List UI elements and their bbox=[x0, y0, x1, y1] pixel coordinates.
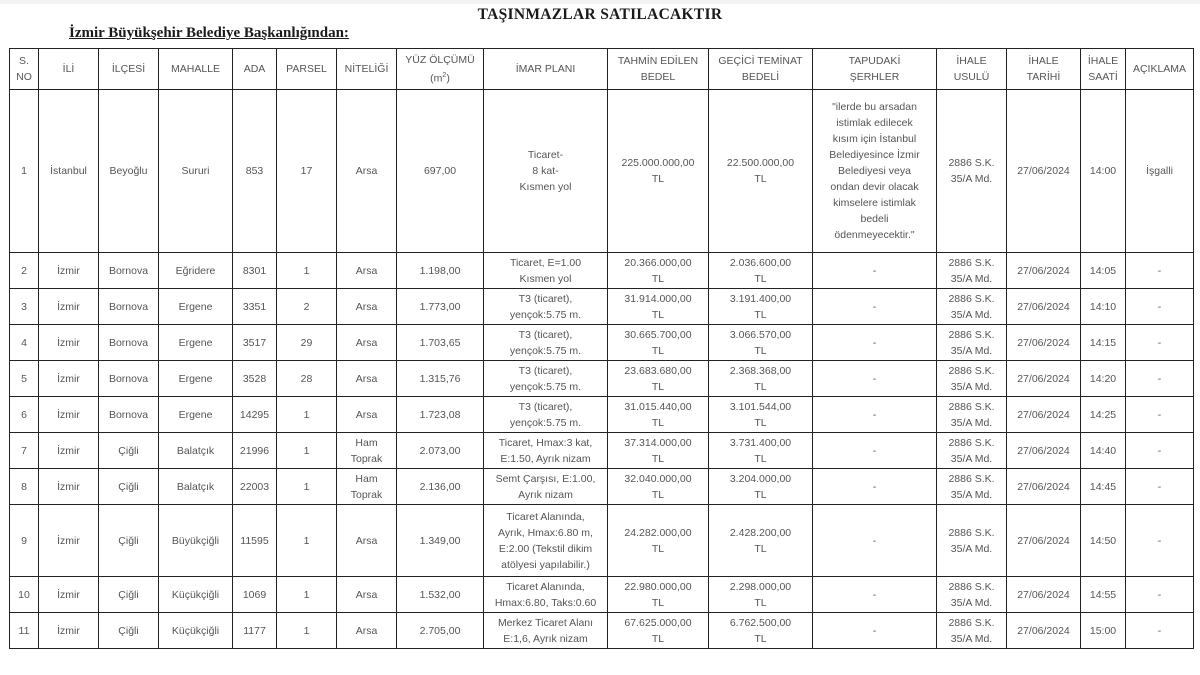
cell-s-no: 1 bbox=[10, 90, 39, 253]
cell-tapu-serhler: - bbox=[813, 289, 937, 325]
cell-tapu-serhler: - bbox=[813, 577, 937, 613]
cell-ilce: Bornova bbox=[99, 397, 159, 433]
cell-parsel: 1 bbox=[277, 397, 337, 433]
header-col-ihale-usulu: İHALE USULÜ bbox=[937, 49, 1007, 90]
cell-yuzolcum: 1.349,00 bbox=[397, 505, 484, 577]
header-col-nitelik: NİTELİĞİ bbox=[337, 49, 397, 90]
cell-tahmin-bedel: 20.366.000,00 TL bbox=[608, 253, 709, 289]
cell-yuzolcum: 1.532,00 bbox=[397, 577, 484, 613]
header-col-il: İLİ bbox=[39, 49, 99, 90]
cell-tapu-serhler: - bbox=[813, 253, 937, 289]
cell-teminat-bedeli: 3.101.544,00 TL bbox=[709, 397, 813, 433]
cell-ada: 8301 bbox=[233, 253, 277, 289]
cell-nitelik: Arsa bbox=[337, 90, 397, 253]
cell-aciklama: - bbox=[1126, 469, 1194, 505]
cell-nitelik: Arsa bbox=[337, 325, 397, 361]
document-title: TAŞINMAZLAR SATILACAKTIR bbox=[0, 6, 1200, 24]
cell-ihale-tarihi: 27/06/2024 bbox=[1007, 433, 1081, 469]
cell-yuzolcum: 2.073,00 bbox=[397, 433, 484, 469]
table-row: 9İzmirÇiğliBüyükçiğli115951Arsa1.349,00T… bbox=[10, 505, 1194, 577]
cell-ilce: Bornova bbox=[99, 253, 159, 289]
cell-ilce: Bornova bbox=[99, 289, 159, 325]
cell-teminat-bedeli: 3.204.000,00 TL bbox=[709, 469, 813, 505]
cell-yuzolcum: 2.705,00 bbox=[397, 613, 484, 649]
cell-tahmin-bedel: 23.683.680,00 TL bbox=[608, 361, 709, 397]
cell-tahmin-bedel: 24.282.000,00 TL bbox=[608, 505, 709, 577]
cell-teminat-bedeli: 3.731.400,00 TL bbox=[709, 433, 813, 469]
header-col-aciklama: AÇIKLAMA bbox=[1126, 49, 1194, 90]
cell-ihale-saati: 14:45 bbox=[1081, 469, 1126, 505]
table-row: 4İzmirBornovaErgene351729Arsa1.703,65T3 … bbox=[10, 325, 1194, 361]
cell-tahmin-bedel: 225.000.000,00 TL bbox=[608, 90, 709, 253]
table-body: 1İstanbulBeyoğluSururi85317Arsa697,00Tic… bbox=[10, 90, 1194, 649]
header-col-ilce: İLÇESİ bbox=[99, 49, 159, 90]
cell-tapu-serhler: - bbox=[813, 361, 937, 397]
cell-mahalle: Balatçık bbox=[159, 469, 233, 505]
cell-yuzolcum: 1.198,00 bbox=[397, 253, 484, 289]
table-row: 2İzmirBornovaEğridere83011Arsa1.198,00Ti… bbox=[10, 253, 1194, 289]
cell-aciklama: - bbox=[1126, 505, 1194, 577]
cell-il: İzmir bbox=[39, 253, 99, 289]
cell-s-no: 6 bbox=[10, 397, 39, 433]
cell-ada: 22003 bbox=[233, 469, 277, 505]
cell-ihale-usulu: 2886 S.K. 35/A Md. bbox=[937, 90, 1007, 253]
cell-imar-plani: T3 (ticaret), yençok:5.75 m. bbox=[484, 361, 608, 397]
cell-aciklama: - bbox=[1126, 397, 1194, 433]
cell-ada: 1177 bbox=[233, 613, 277, 649]
cell-ihale-usulu: 2886 S.K. 35/A Md. bbox=[937, 289, 1007, 325]
cell-imar-plani: Semt Çarşısı, E:1.00, Ayrık nizam bbox=[484, 469, 608, 505]
cell-ihale-tarihi: 27/06/2024 bbox=[1007, 505, 1081, 577]
cell-teminat-bedeli: 3.066.570,00 TL bbox=[709, 325, 813, 361]
cell-yuzolcum: 1.723,08 bbox=[397, 397, 484, 433]
cell-ilce: Çiğli bbox=[99, 577, 159, 613]
cell-ihale-saati: 14:10 bbox=[1081, 289, 1126, 325]
table-row: 8İzmirÇiğliBalatçık220031Ham Toprak2.136… bbox=[10, 469, 1194, 505]
cell-mahalle: Ergene bbox=[159, 325, 233, 361]
cell-ada: 3517 bbox=[233, 325, 277, 361]
cell-ilce: Beyoğlu bbox=[99, 90, 159, 253]
cell-ihale-saati: 14:15 bbox=[1081, 325, 1126, 361]
table-row: 1İstanbulBeyoğluSururi85317Arsa697,00Tic… bbox=[10, 90, 1194, 253]
cell-nitelik: Ham Toprak bbox=[337, 469, 397, 505]
cell-il: İzmir bbox=[39, 325, 99, 361]
cell-ihale-saati: 14:25 bbox=[1081, 397, 1126, 433]
cell-ihale-tarihi: 27/06/2024 bbox=[1007, 361, 1081, 397]
cell-mahalle: Büyükçiğli bbox=[159, 505, 233, 577]
cell-aciklama: - bbox=[1126, 613, 1194, 649]
cell-s-no: 7 bbox=[10, 433, 39, 469]
cell-ilce: Çiğli bbox=[99, 613, 159, 649]
cell-nitelik: Arsa bbox=[337, 577, 397, 613]
header-col-ihale-saati: İHALE SAATİ bbox=[1081, 49, 1126, 90]
cell-il: İzmir bbox=[39, 397, 99, 433]
header-col-ihale-tarihi: İHALE TARİHİ bbox=[1007, 49, 1081, 90]
cell-ada: 3528 bbox=[233, 361, 277, 397]
cell-imar-plani: Ticaret, E=1.00 Kısmen yol bbox=[484, 253, 608, 289]
cell-yuzolcum: 1.315,76 bbox=[397, 361, 484, 397]
cell-ihale-tarihi: 27/06/2024 bbox=[1007, 90, 1081, 253]
cell-parsel: 1 bbox=[277, 613, 337, 649]
cell-ihale-saati: 14:50 bbox=[1081, 505, 1126, 577]
cell-ihale-usulu: 2886 S.K. 35/A Md. bbox=[937, 397, 1007, 433]
cell-nitelik: Arsa bbox=[337, 361, 397, 397]
cell-teminat-bedeli: 2.298.000,00 TL bbox=[709, 577, 813, 613]
cell-s-no: 2 bbox=[10, 253, 39, 289]
cell-mahalle: Ergene bbox=[159, 397, 233, 433]
cell-tapu-serhler: - bbox=[813, 505, 937, 577]
cell-mahalle: Eğridere bbox=[159, 253, 233, 289]
cell-parsel: 1 bbox=[277, 505, 337, 577]
cell-aciklama: - bbox=[1126, 433, 1194, 469]
cell-nitelik: Ham Toprak bbox=[337, 433, 397, 469]
table-row: 3İzmirBornovaErgene33512Arsa1.773,00T3 (… bbox=[10, 289, 1194, 325]
cell-ihale-saati: 14:20 bbox=[1081, 361, 1126, 397]
cell-ilce: Çiğli bbox=[99, 505, 159, 577]
header-col-s-no: S. NO bbox=[10, 49, 39, 90]
cell-teminat-bedeli: 2.036.600,00 TL bbox=[709, 253, 813, 289]
cell-ilce: Çiğli bbox=[99, 469, 159, 505]
table-header-row: S. NOİLİİLÇESİMAHALLEADAPARSELNİTELİĞİYÜ… bbox=[10, 49, 1194, 90]
cell-ada: 11595 bbox=[233, 505, 277, 577]
cell-yuzolcum: 2.136,00 bbox=[397, 469, 484, 505]
cell-teminat-bedeli: 2.428.200,00 TL bbox=[709, 505, 813, 577]
cell-il: İstanbul bbox=[39, 90, 99, 253]
cell-ihale-usulu: 2886 S.K. 35/A Md. bbox=[937, 325, 1007, 361]
cell-ihale-saati: 14:55 bbox=[1081, 577, 1126, 613]
cell-imar-plani: Ticaret, Hmax:3 kat, E:1.50, Ayrık nizam bbox=[484, 433, 608, 469]
cell-aciklama: İşgalli bbox=[1126, 90, 1194, 253]
header-col-tapu-serhler: TAPUDAKİ ŞERHLER bbox=[813, 49, 937, 90]
cell-tapu-serhler: - bbox=[813, 397, 937, 433]
cell-tapu-serhler: - bbox=[813, 613, 937, 649]
cell-s-no: 3 bbox=[10, 289, 39, 325]
cell-yuzolcum: 697,00 bbox=[397, 90, 484, 253]
cell-mahalle: Küçükçiğli bbox=[159, 577, 233, 613]
cell-nitelik: Arsa bbox=[337, 505, 397, 577]
cell-aciklama: - bbox=[1126, 325, 1194, 361]
header-col-yuzolcum: YÜZ ÖLÇÜMÜ (m2) bbox=[397, 49, 484, 90]
cell-teminat-bedeli: 2.368.368,00 TL bbox=[709, 361, 813, 397]
cell-il: İzmir bbox=[39, 289, 99, 325]
cell-ilce: Bornova bbox=[99, 361, 159, 397]
cell-ihale-usulu: 2886 S.K. 35/A Md. bbox=[937, 505, 1007, 577]
cell-aciklama: - bbox=[1126, 361, 1194, 397]
cell-tahmin-bedel: 22.980.000,00 TL bbox=[608, 577, 709, 613]
cell-tapu-serhler: - bbox=[813, 325, 937, 361]
cell-tahmin-bedel: 30.665.700,00 TL bbox=[608, 325, 709, 361]
cell-imar-plani: Ticaret Alanında, Ayrık, Hmax:6.80 m, E:… bbox=[484, 505, 608, 577]
issuer-heading: İzmir Büyükşehir Belediye Başkanlığından… bbox=[69, 25, 349, 42]
cell-tahmin-bedel: 32.040.000,00 TL bbox=[608, 469, 709, 505]
cell-parsel: 29 bbox=[277, 325, 337, 361]
top-strip bbox=[0, 0, 1200, 4]
cell-imar-plani: T3 (ticaret), yençok:5.75 m. bbox=[484, 397, 608, 433]
cell-imar-plani: Ticaret Alanında, Hmax:6.80, Taks:0.60 bbox=[484, 577, 608, 613]
cell-ihale-tarihi: 27/06/2024 bbox=[1007, 577, 1081, 613]
cell-teminat-bedeli: 22.500.000,00 TL bbox=[709, 90, 813, 253]
cell-mahalle: Sururi bbox=[159, 90, 233, 253]
cell-il: İzmir bbox=[39, 505, 99, 577]
cell-nitelik: Arsa bbox=[337, 613, 397, 649]
cell-ada: 14295 bbox=[233, 397, 277, 433]
cell-parsel: 28 bbox=[277, 361, 337, 397]
cell-parsel: 17 bbox=[277, 90, 337, 253]
cell-parsel: 1 bbox=[277, 253, 337, 289]
cell-parsel: 2 bbox=[277, 289, 337, 325]
cell-nitelik: Arsa bbox=[337, 253, 397, 289]
cell-il: İzmir bbox=[39, 433, 99, 469]
cell-tahmin-bedel: 31.914.000,00 TL bbox=[608, 289, 709, 325]
property-sale-table: S. NOİLİİLÇESİMAHALLEADAPARSELNİTELİĞİYÜ… bbox=[9, 48, 1194, 649]
cell-s-no: 9 bbox=[10, 505, 39, 577]
cell-parsel: 1 bbox=[277, 433, 337, 469]
cell-imar-plani: Merkez Ticaret Alanı E:1,6, Ayrık nizam bbox=[484, 613, 608, 649]
cell-ihale-saati: 14:00 bbox=[1081, 90, 1126, 253]
cell-ihale-saati: 14:40 bbox=[1081, 433, 1126, 469]
header-col-tahmin-bedel: TAHMİN EDİLEN BEDEL bbox=[608, 49, 709, 90]
cell-imar-plani: Ticaret- 8 kat- Kısmen yol bbox=[484, 90, 608, 253]
cell-ihale-saati: 14:05 bbox=[1081, 253, 1126, 289]
cell-s-no: 11 bbox=[10, 613, 39, 649]
cell-aciklama: - bbox=[1126, 577, 1194, 613]
header-col-parsel: PARSEL bbox=[277, 49, 337, 90]
cell-s-no: 4 bbox=[10, 325, 39, 361]
cell-ihale-tarihi: 27/06/2024 bbox=[1007, 253, 1081, 289]
cell-ihale-usulu: 2886 S.K. 35/A Md. bbox=[937, 361, 1007, 397]
table-row: 6İzmirBornovaErgene142951Arsa1.723,08T3 … bbox=[10, 397, 1194, 433]
cell-yuzolcum: 1.773,00 bbox=[397, 289, 484, 325]
cell-ihale-usulu: 2886 S.K. 35/A Md. bbox=[937, 469, 1007, 505]
cell-il: İzmir bbox=[39, 613, 99, 649]
cell-tahmin-bedel: 67.625.000,00 TL bbox=[608, 613, 709, 649]
cell-parsel: 1 bbox=[277, 577, 337, 613]
cell-ihale-tarihi: 27/06/2024 bbox=[1007, 613, 1081, 649]
cell-ihale-tarihi: 27/06/2024 bbox=[1007, 325, 1081, 361]
table-row: 11İzmirÇiğliKüçükçiğli11771Arsa2.705,00M… bbox=[10, 613, 1194, 649]
cell-il: İzmir bbox=[39, 361, 99, 397]
table-row: 10İzmirÇiğliKüçükçiğli10691Arsa1.532,00T… bbox=[10, 577, 1194, 613]
cell-ilce: Çiğli bbox=[99, 433, 159, 469]
cell-ihale-tarihi: 27/06/2024 bbox=[1007, 289, 1081, 325]
cell-imar-plani: T3 (ticaret), yençok:5.75 m. bbox=[484, 289, 608, 325]
header-col-teminat-bedeli: GEÇİCİ TEMİNAT BEDELİ bbox=[709, 49, 813, 90]
cell-nitelik: Arsa bbox=[337, 397, 397, 433]
cell-ihale-usulu: 2886 S.K. 35/A Md. bbox=[937, 577, 1007, 613]
header-col-mahalle: MAHALLE bbox=[159, 49, 233, 90]
cell-aciklama: - bbox=[1126, 253, 1194, 289]
cell-s-no: 5 bbox=[10, 361, 39, 397]
cell-tapu-serhler: - bbox=[813, 433, 937, 469]
cell-teminat-bedeli: 6.762.500,00 TL bbox=[709, 613, 813, 649]
cell-ilce: Bornova bbox=[99, 325, 159, 361]
cell-mahalle: Ergene bbox=[159, 289, 233, 325]
cell-imar-plani: T3 (ticaret), yençok:5.75 m. bbox=[484, 325, 608, 361]
cell-il: İzmir bbox=[39, 577, 99, 613]
cell-ihale-tarihi: 27/06/2024 bbox=[1007, 469, 1081, 505]
header-col-imar-plani: İMAR PLANI bbox=[484, 49, 608, 90]
cell-ada: 853 bbox=[233, 90, 277, 253]
cell-yuzolcum: 1.703,65 bbox=[397, 325, 484, 361]
cell-mahalle: Küçükçiğli bbox=[159, 613, 233, 649]
cell-mahalle: Ergene bbox=[159, 361, 233, 397]
table-row: 5İzmirBornovaErgene352828Arsa1.315,76T3 … bbox=[10, 361, 1194, 397]
cell-ihale-usulu: 2886 S.K. 35/A Md. bbox=[937, 613, 1007, 649]
cell-ihale-usulu: 2886 S.K. 35/A Md. bbox=[937, 253, 1007, 289]
cell-tahmin-bedel: 37.314.000,00 TL bbox=[608, 433, 709, 469]
cell-s-no: 8 bbox=[10, 469, 39, 505]
cell-tapu-serhler: - bbox=[813, 469, 937, 505]
header-col-ada: ADA bbox=[233, 49, 277, 90]
cell-ada: 21996 bbox=[233, 433, 277, 469]
cell-s-no: 10 bbox=[10, 577, 39, 613]
cell-ihale-tarihi: 27/06/2024 bbox=[1007, 397, 1081, 433]
cell-ihale-saati: 15:00 bbox=[1081, 613, 1126, 649]
cell-il: İzmir bbox=[39, 469, 99, 505]
cell-nitelik: Arsa bbox=[337, 289, 397, 325]
cell-ihale-usulu: 2886 S.K. 35/A Md. bbox=[937, 433, 1007, 469]
cell-tahmin-bedel: 31.015.440,00 TL bbox=[608, 397, 709, 433]
table-row: 7İzmirÇiğliBalatçık219961Ham Toprak2.073… bbox=[10, 433, 1194, 469]
cell-ada: 3351 bbox=[233, 289, 277, 325]
cell-mahalle: Balatçık bbox=[159, 433, 233, 469]
cell-teminat-bedeli: 3.191.400,00 TL bbox=[709, 289, 813, 325]
cell-aciklama: - bbox=[1126, 289, 1194, 325]
cell-ada: 1069 bbox=[233, 577, 277, 613]
cell-parsel: 1 bbox=[277, 469, 337, 505]
cell-tapu-serhler: "ilerde bu arsadan istimlak edilecek kıs… bbox=[813, 90, 937, 253]
